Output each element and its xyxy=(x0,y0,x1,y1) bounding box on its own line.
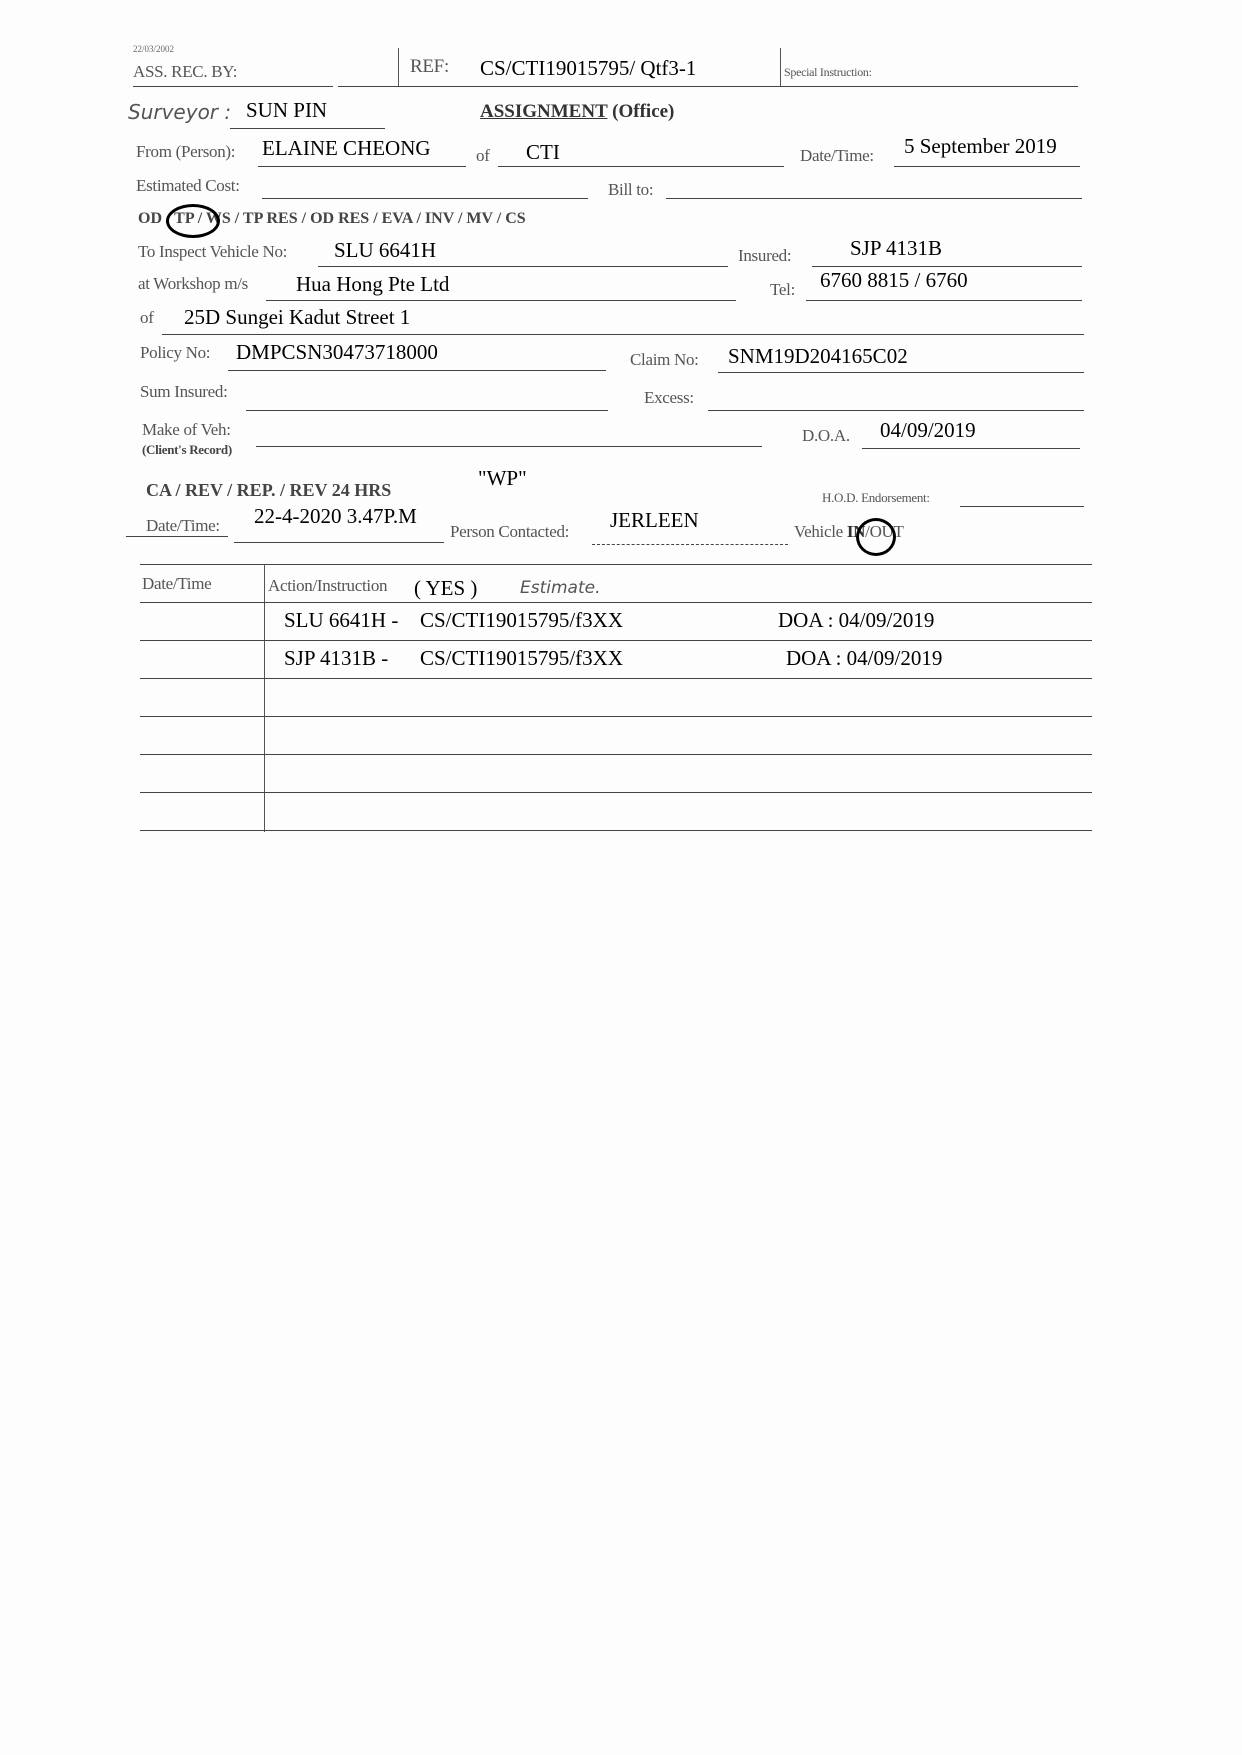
log-row-ref: CS/CTI19015795/f3XX xyxy=(420,608,623,633)
log-row-divider xyxy=(140,678,1092,679)
log-row-doa: DOA : 04/09/2019 xyxy=(778,608,934,633)
person-contacted-value[interactable]: JERLEEN xyxy=(610,508,699,533)
log-row-vehicle: SJP 4131B - xyxy=(284,646,388,671)
workshop-value[interactable]: Hua Hong Pte Ltd xyxy=(296,272,449,297)
log-row-divider xyxy=(140,640,1092,641)
policy-no-label: Policy No: xyxy=(140,343,210,363)
form-title-sub: (Office) xyxy=(612,101,674,122)
from-of-label: of xyxy=(476,146,490,166)
doa-value[interactable]: 04/09/2019 xyxy=(880,418,976,443)
log-row-divider xyxy=(140,792,1092,793)
address-value[interactable]: 25D Sungei Kadut Street 1 xyxy=(184,305,410,330)
vehicle-in-selected-circle xyxy=(856,518,896,556)
bill-to-label: Bill to: xyxy=(608,180,653,200)
review-datetime-label: Date/Time: xyxy=(146,516,220,536)
review-options: CA / REV / REP. / REV 24 HRS xyxy=(146,480,391,501)
estimated-cost-label: Estimated Cost: xyxy=(136,176,240,196)
inspect-vehicle-value[interactable]: SLU 6641H xyxy=(334,238,436,263)
surveyor-value[interactable]: SUN PIN xyxy=(246,98,327,123)
ref-label: REF: xyxy=(410,56,449,78)
stamp-date: 22/03/2002 xyxy=(133,44,174,54)
log-row-ref: CS/CTI19015795/f3XX xyxy=(420,646,623,671)
log-row-divider xyxy=(140,754,1092,755)
form-title: ASSIGNMENT (Office) xyxy=(480,101,674,123)
from-person-label: From (Person): xyxy=(136,142,235,162)
vehicle-inout-label: Vehicle xyxy=(794,522,843,541)
tel-label: Tel: xyxy=(770,280,795,300)
make-of-vehicle-sublabel: (Client's Record) xyxy=(142,442,232,458)
log-estimate-note: Estimate. xyxy=(520,578,601,598)
log-col-action: Action/Instruction xyxy=(268,576,387,596)
log-row-doa: DOA : 04/09/2019 xyxy=(786,646,942,671)
special-instruction-label: Special Instruction: xyxy=(784,65,872,80)
from-of-value[interactable]: CTI xyxy=(526,140,560,165)
excess-label: Excess: xyxy=(644,388,694,408)
person-contacted-label: Person Contacted: xyxy=(450,522,569,542)
workshop-label: at Workshop m/s xyxy=(138,274,248,294)
claim-no-value[interactable]: SNM19D204165C02 xyxy=(728,344,908,369)
make-of-vehicle-label: Make of Veh: xyxy=(142,420,231,440)
ass-rec-by-label: ASS. REC. BY: xyxy=(133,62,237,82)
policy-no-value[interactable]: DMPCSN30473718000 xyxy=(236,340,438,365)
log-row-divider xyxy=(140,830,1092,831)
form-title-main: ASSIGNMENT xyxy=(480,101,607,122)
log-row-vehicle: SLU 6641H - xyxy=(284,608,398,633)
tel-value[interactable]: 6760 8815 / 6760 xyxy=(820,268,968,293)
category-selected-tp-circle[interactable] xyxy=(166,204,220,238)
sum-insured-label: Sum Insured: xyxy=(140,382,228,402)
wp-note: "WP" xyxy=(478,466,527,491)
insured-value[interactable]: SJP 4131B xyxy=(850,236,942,261)
address-of-label: of xyxy=(140,308,154,328)
insured-label: Insured: xyxy=(738,246,791,266)
from-datetime-label: Date/Time: xyxy=(800,146,874,166)
log-row-divider xyxy=(140,716,1092,717)
log-col-datetime: Date/Time xyxy=(142,574,211,594)
surveyor-label: Surveyor : xyxy=(128,100,231,124)
review-datetime-value[interactable]: 22-4-2020 3.47P.M xyxy=(254,504,417,529)
claim-no-label: Claim No: xyxy=(630,350,699,370)
doa-label: D.O.A. xyxy=(802,426,850,446)
log-yes-value[interactable]: ( YES ) xyxy=(414,576,477,601)
inspect-vehicle-label: To Inspect Vehicle No: xyxy=(138,242,287,262)
from-person-value[interactable]: ELAINE CHEONG xyxy=(262,136,431,161)
from-datetime-value[interactable]: 5 September 2019 xyxy=(904,134,1057,159)
hod-endorsement-label: H.O.D. Endorsement: xyxy=(822,490,930,506)
ref-value[interactable]: CS/CTI19015795/ Qtf3-1 xyxy=(480,56,696,81)
